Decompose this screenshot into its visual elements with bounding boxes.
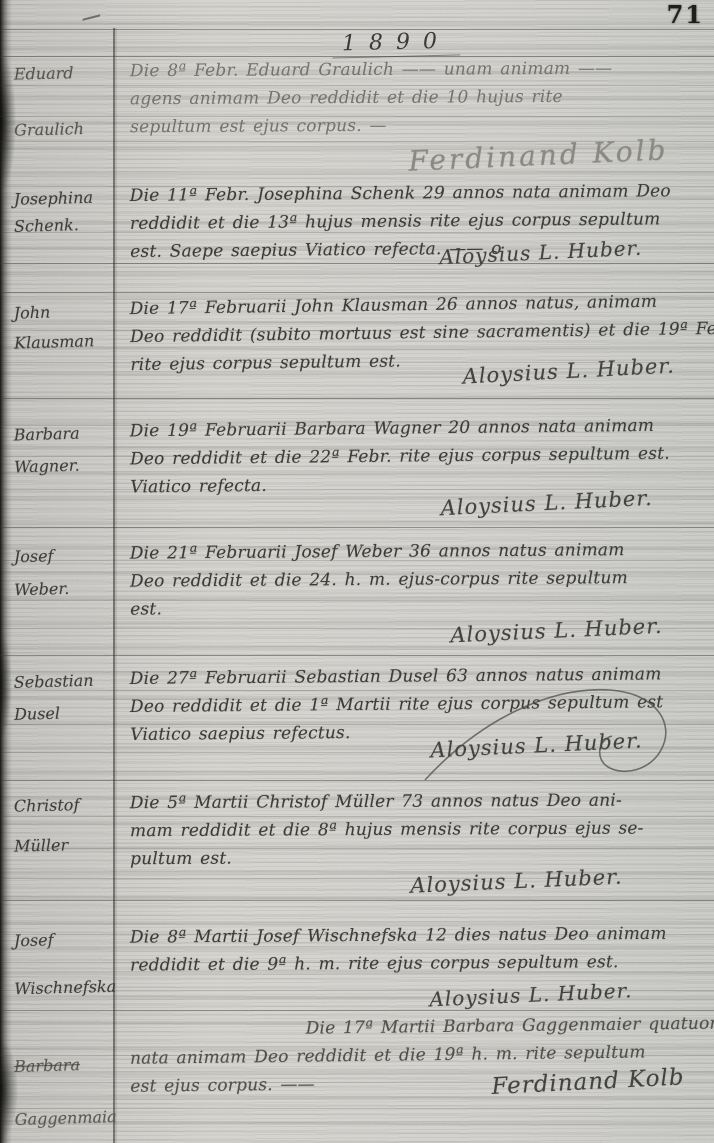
entry-margin-name: BarbaraGaggenmaia	[14, 1053, 113, 1131]
entry-body-line: mam reddidit et die 8ª hujus mensis rite…	[130, 814, 710, 845]
register-entry: BarbaraGaggenmaiaDie 17ª Martii Barbara …	[0, 1010, 714, 1103]
register-page: 71 1890 EduardGraulichDie 8ª Febr. Eduar…	[0, 0, 714, 1143]
margin-name-line: Wagner.	[14, 453, 113, 480]
margin-name-line: Eduard	[14, 60, 113, 86]
entry-body-line: Deo reddidit et die 24. h. m. ejus-corpu…	[130, 564, 710, 596]
margin-name-line: Sebastian	[13, 668, 112, 695]
ruled-line	[0, 655, 714, 656]
register-entry: SebastianDuselDie 27ª Februarii Sebastia…	[0, 660, 714, 750]
margin-name-line: Barbara	[13, 421, 112, 448]
year-heading: 1890	[332, 28, 461, 58]
ruled-line	[0, 398, 714, 399]
margin-name-line: Christof	[14, 792, 113, 818]
margin-name-line: Wischnefska	[14, 975, 113, 1001]
register-entry: JosefWeber.Die 21ª Februarii Josef Weber…	[0, 536, 714, 625]
margin-name-line: John	[13, 299, 112, 326]
entry-margin-name: ChristofMüller	[14, 793, 112, 858]
priest-signature: Ferdinand Kolb	[407, 133, 668, 177]
register-entry: JosefWischnefskaDie 8ª Martii Josef Wisc…	[0, 920, 714, 981]
entry-margin-name: JosefWeber.	[14, 544, 112, 602]
margin-name-line: Graulich	[14, 116, 113, 142]
entry-body-line: pultum est.	[130, 842, 710, 873]
entry-body-line: Deo reddidit et die 1ª Martii rite ejus …	[130, 688, 710, 721]
entry-margin-name: BarbaraWagner.	[14, 422, 113, 479]
register-entry: JohnKlausmanDie 17ª Februarii John Klaus…	[0, 287, 714, 381]
ruled-line	[0, 900, 714, 901]
margin-name-line: Schenk.	[14, 212, 113, 239]
margin-name-line: Müller	[14, 832, 113, 858]
entry-body-line: Die 5ª Martii Christof Müller 73 annos n…	[130, 786, 710, 817]
margin-name-line: Josephina	[13, 185, 112, 212]
ruled-line	[0, 29, 714, 30]
entry-body-line: agens animam Deo reddidit et die 10 huju…	[130, 82, 710, 113]
entry-margin-name: JosefWischnefska	[14, 928, 113, 1001]
entry-body-line: Die 21ª Februarii Josef Weber 36 annos n…	[130, 536, 710, 568]
margin-name-line: Josef	[14, 543, 113, 569]
pen-mark	[82, 3, 103, 21]
priest-signature: Aloysius L. Huber.	[429, 978, 633, 1011]
register-entry: ChristofMüllerDie 5ª Martii Christof Mül…	[0, 786, 714, 874]
entry-body-text: Die 5ª Martii Christof Müller 73 annos n…	[130, 786, 710, 873]
entry-margin-name: JohnKlausman	[14, 299, 113, 354]
entry-margin-name: EduardGraulich	[14, 61, 112, 142]
register-entry: EduardGraulichDie 8ª Febr. Eduard Grauli…	[0, 54, 714, 142]
register-entry: BarbaraWagner.Die 19ª Februarii Barbara …	[0, 411, 714, 502]
margin-name-line: Gaggenmaia	[14, 1105, 113, 1132]
entry-body-line: reddidit et die 13ª hujus mensis rite ej…	[130, 205, 710, 238]
register-entry: JosephinaSchenk.Die 11ª Febr. Josephina …	[0, 177, 714, 267]
page-number: 71	[667, 0, 704, 29]
entry-margin-name: SebastianDusel	[14, 669, 112, 726]
entry-body-line: Die 8ª Martii Josef Wischnefska 12 dies …	[130, 920, 710, 952]
margin-name-line: Weber.	[14, 576, 113, 602]
margin-name-line: Klausman	[14, 329, 113, 356]
ruled-line	[0, 780, 714, 781]
entry-body-text: Die 8ª Martii Josef Wischnefska 12 dies …	[130, 920, 710, 980]
margin-name-line: Dusel	[14, 700, 113, 727]
entry-body-line: reddidit et die 9ª h. m. rite ejus corpu…	[130, 948, 710, 980]
entry-body-text: Die 21ª Februarii Josef Weber 36 annos n…	[130, 536, 711, 624]
entry-margin-name: JosephinaSchenk.	[14, 186, 112, 238]
margin-name-line: Barbara	[14, 1052, 113, 1079]
margin-name-line: Josef	[14, 927, 113, 953]
ruled-line	[0, 527, 714, 528]
entry-body-text: Die 8ª Febr. Eduard Graulich —— unam ani…	[130, 54, 710, 141]
entry-body-line: Die 8ª Febr. Eduard Graulich —— unam ani…	[130, 54, 710, 85]
